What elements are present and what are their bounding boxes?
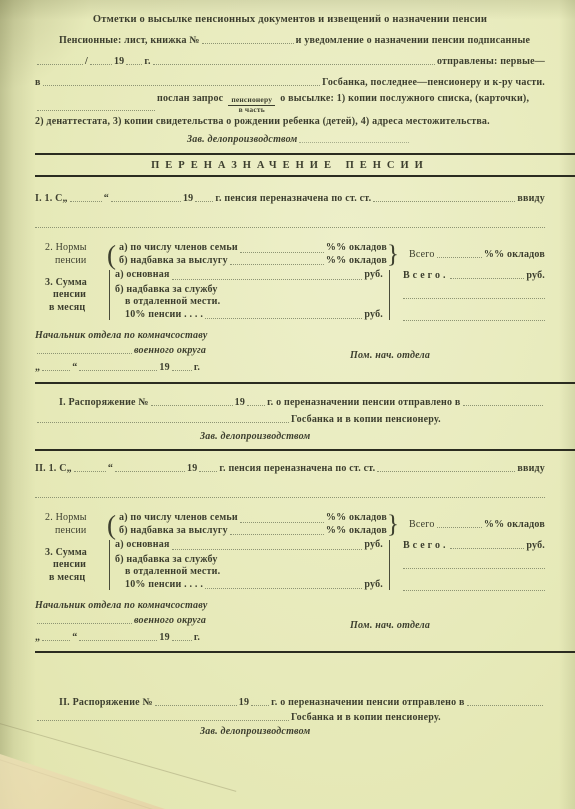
pension-documents-line: Пенсионные: лист, книжка № и уведомление… bbox=[35, 35, 545, 46]
norms-b-label: б) надбавка за выслугу bbox=[119, 255, 228, 268]
clerk-label: Зав. делопроизводством bbox=[200, 726, 310, 737]
norms-fields: а) по числу членов семьи %% окладов б) н… bbox=[119, 512, 387, 537]
blank-day bbox=[42, 638, 70, 641]
norms-row: 2. Нормы пенсии ( а) по числу членов сем… bbox=[35, 512, 545, 537]
year-prefix: 19 bbox=[235, 397, 245, 408]
sum-b-line1: б) надбавка за службу bbox=[115, 284, 218, 297]
gosbank-copy-label: Госбанка и в копии пенсионеру. bbox=[291, 414, 441, 425]
signature-date-line: „ “ 19 г. bbox=[35, 632, 545, 643]
blank-basic-rub bbox=[172, 277, 363, 280]
item-number: I. 1. bbox=[35, 193, 52, 204]
chief-title-line: Начальник отдела по комначсоставу bbox=[35, 600, 545, 611]
year-suffix: г. bbox=[219, 463, 225, 474]
signature-date-line: „ “ 19 г. bbox=[35, 362, 545, 373]
year-prefix: 19 bbox=[159, 632, 169, 643]
sum-a-unit: руб. bbox=[364, 539, 383, 552]
norms-a-label: а) по числу членов семьи bbox=[119, 512, 238, 525]
blank-day bbox=[37, 62, 83, 65]
pension-line-post: и уведомление о назначении пенсии подпис… bbox=[296, 35, 530, 46]
gosbank-line: в Госбанка, последнее—пенсионеру и к-ру … bbox=[35, 77, 545, 88]
norms-b-unit: %% окладов bbox=[326, 525, 387, 538]
year-suffix: г. bbox=[144, 56, 150, 67]
blank-percent-b bbox=[230, 532, 324, 535]
quote-open: „ bbox=[67, 463, 72, 474]
blank-percent-b bbox=[230, 262, 324, 265]
sum-a-unit: руб. bbox=[364, 269, 383, 282]
sum-total: Всего. руб. bbox=[397, 269, 545, 321]
section-divider bbox=[35, 651, 575, 653]
date-sent-line: / 19 г. отправлены: первые— bbox=[35, 56, 545, 67]
year-prefix: 19 bbox=[159, 362, 169, 373]
norms-item-b: б) надбавка за выслугу %% окладов bbox=[119, 255, 387, 268]
blank-total-rub bbox=[450, 276, 524, 279]
district-line: военного округа bbox=[35, 345, 545, 356]
request-pre: послан запрос bbox=[157, 93, 223, 104]
blank-total-extra2 bbox=[403, 311, 545, 321]
district-line: военного округа bbox=[35, 615, 545, 626]
paper-fold-corner bbox=[0, 754, 165, 809]
group-line bbox=[109, 270, 111, 320]
blank-articles bbox=[377, 469, 515, 472]
left-brace: ( bbox=[107, 513, 119, 537]
blank-month bbox=[79, 638, 157, 641]
norms-a-unit: %% окладов bbox=[326, 512, 387, 525]
paper-crease bbox=[0, 758, 162, 809]
right-brace: } bbox=[387, 512, 403, 537]
blank-month bbox=[115, 469, 185, 472]
sum-item-a: а) основная руб. bbox=[115, 539, 383, 552]
dispatch-line-1: I. Распоряжение № 19 г. о переназначении… bbox=[35, 397, 545, 408]
blank-year bbox=[172, 368, 192, 371]
blank-basic-rub bbox=[172, 547, 363, 550]
blank-year bbox=[172, 638, 192, 641]
sum-b-line2: в отдаленной мести. bbox=[125, 566, 220, 579]
clerk-label: Зав. делопроизводством bbox=[187, 134, 297, 145]
blank-destination bbox=[463, 403, 543, 406]
norms-fields: а) по числу членов семьи %% окладов б) н… bbox=[119, 242, 387, 267]
chief-title: Начальник отдела по комначсоставу bbox=[35, 600, 208, 611]
blank-reason-line bbox=[35, 488, 545, 498]
norms-label-line1: 2. Нормы bbox=[35, 242, 107, 255]
right-brace: } bbox=[387, 242, 403, 267]
blank-request-date bbox=[37, 108, 155, 111]
dispatch-number: II. bbox=[59, 697, 70, 708]
quote-close: “ bbox=[72, 362, 77, 373]
dispatch-label: Распоряжение № bbox=[69, 397, 149, 408]
year-prefix: 19 bbox=[187, 463, 197, 474]
sum-label-line1: 3. Сумма bbox=[35, 277, 107, 290]
blank-order-number bbox=[155, 703, 237, 706]
reassignment-line-2: II. 1. С „ “ 19 г. пенсия переназначена … bbox=[35, 463, 545, 474]
item-number: II. 1. bbox=[35, 463, 56, 474]
sum-total-unit: руб. bbox=[526, 270, 545, 281]
year-suffix: г. bbox=[215, 193, 221, 204]
chief-signature-block: Начальник отдела по комначсоставу военно… bbox=[35, 330, 545, 373]
district-label: военного округа bbox=[134, 345, 206, 356]
gosbank-label: Госбанка, последнее—пенсионеру и к-ру ча… bbox=[322, 77, 545, 88]
total-separator-line bbox=[389, 540, 391, 590]
norms-label: 2. Нормы пенсии bbox=[35, 512, 107, 537]
blank-branch bbox=[37, 718, 289, 721]
sum-fields: а) основная руб. б) надбавка за службу в… bbox=[115, 269, 383, 321]
sum-a-label: а) основная bbox=[115, 539, 170, 552]
blank-gosbank-branch bbox=[43, 83, 321, 86]
blank-total-rub bbox=[450, 546, 524, 549]
year-prefix: 19 bbox=[114, 56, 124, 67]
sum-total-label: Всего. bbox=[403, 270, 448, 281]
sum-b-line2: в отдаленной мести. bbox=[125, 296, 220, 309]
norms-item-a: а) по числу членов семьи %% окладов bbox=[119, 512, 387, 525]
section-divider bbox=[35, 175, 575, 177]
blank-percent-a bbox=[240, 250, 324, 253]
blank-day bbox=[74, 469, 106, 472]
norms-total-unit: %% окладов bbox=[484, 519, 545, 530]
attestation-line: 2) денаттестата, 3) копии свидетельства … bbox=[35, 116, 545, 127]
section-title: ПЕРЕНАЗНАЧЕНИЕ ПЕНСИИ bbox=[35, 160, 545, 171]
pensioner-or-unit-fraction: пенсионеру в часть bbox=[228, 96, 275, 114]
blank-reason-line bbox=[35, 218, 545, 228]
blank-year bbox=[126, 62, 142, 65]
blank-book-number bbox=[202, 41, 294, 44]
quote-close: “ bbox=[72, 632, 77, 643]
form-header-title: Отметки о высылке пенсионных документов … bbox=[35, 14, 545, 25]
norms-total-label: Всего bbox=[409, 519, 435, 530]
blank-branch bbox=[37, 420, 289, 423]
sum-label-line2: пенсии bbox=[35, 289, 107, 302]
sum-item-b: б) надбавка за службу в отдаленной мести… bbox=[115, 284, 383, 322]
clerk-signature-line: Зав. делопроизводством bbox=[35, 726, 545, 737]
sum-label-line2: пенсии bbox=[35, 559, 107, 572]
quote-open: „ bbox=[63, 193, 68, 204]
blank-bonus-rub bbox=[205, 316, 362, 319]
attestation-text: 2) денаттестата, 3) копии свидетельства … bbox=[35, 116, 490, 127]
sum-label-line3: в месяц bbox=[35, 572, 107, 585]
sum-b-unit: руб. bbox=[364, 309, 383, 322]
gosbank-copy-label: Госбанка и в копии пенсионеру. bbox=[291, 712, 441, 723]
blank-day bbox=[70, 199, 102, 202]
blank-addressee bbox=[153, 62, 435, 65]
reassigned-text: пенсия переназначена по ст. ст. bbox=[224, 193, 371, 204]
norms-item-a: а) по числу членов семьи %% окладов bbox=[119, 242, 387, 255]
group-line bbox=[109, 540, 111, 590]
dispatch-number: I. bbox=[59, 397, 66, 408]
scanned-pension-form: Отметки о высылке пенсионных документов … bbox=[0, 0, 575, 809]
norms-label: 2. Нормы пенсии bbox=[35, 242, 107, 267]
sum-label: 3. Сумма пенсии в месяц bbox=[35, 277, 107, 315]
vvidu-label: ввиду bbox=[517, 463, 545, 474]
fraction-bottom: в часть bbox=[239, 106, 265, 115]
blank-year bbox=[251, 703, 269, 706]
district-label: военного округа bbox=[134, 615, 206, 626]
blank-articles bbox=[373, 199, 515, 202]
blank-district bbox=[37, 621, 132, 624]
sum-item-b: б) надбавка за службу в отдаленной мести… bbox=[115, 554, 383, 592]
blank-destination bbox=[467, 703, 543, 706]
sum-row: 3. Сумма пенсии в месяц а) основная руб.… bbox=[35, 539, 545, 591]
request-post: о высылке: 1) копии послужного списка, (… bbox=[280, 93, 529, 104]
norms-table: 2. Нормы пенсии ( а) по числу членов сем… bbox=[35, 512, 545, 591]
assistant-title: Пом. нач. отдела bbox=[350, 350, 430, 361]
norms-row: 2. Нормы пенсии ( а) по числу членов сем… bbox=[35, 242, 545, 267]
reassigned-text: пенсия переназначена по ст. ст. bbox=[228, 463, 375, 474]
clerk-signature-line: Зав. делопроизводством bbox=[35, 134, 545, 145]
norms-label-line1: 2. Нормы bbox=[35, 512, 107, 525]
dispatch-line-2: II. Распоряжение № 19 г. о переназначени… bbox=[35, 697, 545, 708]
blank-total-percent bbox=[437, 255, 482, 258]
from-label: С bbox=[55, 193, 62, 204]
chief-title: Начальник отдела по комначсоставу bbox=[35, 330, 208, 341]
quote-open: „ bbox=[35, 632, 40, 643]
dispatch-gosbank-line: Госбанка и в копии пенсионеру. bbox=[35, 712, 545, 723]
pension-line-pre: Пенсионные: лист, книжка № bbox=[59, 35, 200, 46]
norms-b-label: б) надбавка за выслугу bbox=[119, 525, 228, 538]
norms-b-unit: %% окладов bbox=[326, 255, 387, 268]
request-line: послан запрос пенсионеру в часть о высыл… bbox=[35, 93, 545, 113]
in-label: в bbox=[35, 77, 41, 88]
blank-month bbox=[79, 368, 157, 371]
sum-item-a: а) основная руб. bbox=[115, 269, 383, 282]
year-suffix: г. bbox=[194, 362, 200, 373]
dispatch-label: Распоряжение № bbox=[73, 697, 153, 708]
norms-item-b: б) надбавка за выслугу %% окладов bbox=[119, 525, 387, 538]
sum-label-line3: в месяц bbox=[35, 302, 107, 315]
clerk-signature-line: Зав. делопроизводством bbox=[35, 431, 545, 442]
left-brace: ( bbox=[107, 243, 119, 267]
norms-label-line2: пенсии bbox=[35, 525, 107, 538]
norms-label-line2: пенсии bbox=[35, 255, 107, 268]
sum-label: 3. Сумма пенсии в месяц bbox=[35, 547, 107, 585]
blank-district bbox=[37, 351, 132, 354]
blank-year bbox=[247, 403, 265, 406]
vvidu-label: ввиду bbox=[517, 193, 545, 204]
reassignment-line-1: I. 1. С „ “ 19 г. пенсия переназначена п… bbox=[35, 193, 545, 204]
sum-total: Всего. руб. bbox=[397, 539, 545, 591]
blank-total-extra1 bbox=[403, 289, 545, 299]
sum-fields: а) основная руб. б) надбавка за службу в… bbox=[115, 539, 383, 591]
blank-total-percent bbox=[437, 525, 482, 528]
blank-clerk-signature bbox=[299, 140, 409, 143]
blank-day bbox=[42, 368, 70, 371]
norms-total-label: Всего bbox=[409, 249, 435, 260]
clerk-label: Зав. делопроизводством bbox=[200, 431, 310, 442]
blank-total-extra1 bbox=[403, 559, 545, 569]
blank-order-number bbox=[151, 403, 233, 406]
blank-bonus-rub bbox=[205, 586, 362, 589]
norms-total: Всего %% окладов bbox=[403, 512, 545, 537]
blank-year bbox=[195, 199, 213, 202]
dispatch-gosbank-line: Госбанка и в копии пенсионеру. bbox=[35, 414, 545, 425]
quote-close: “ bbox=[104, 193, 109, 204]
quote-close: “ bbox=[108, 463, 113, 474]
slash-mark: / bbox=[85, 56, 88, 67]
quote-open: „ bbox=[35, 362, 40, 373]
assistant-title: Пом. нач. отдела bbox=[350, 620, 430, 631]
blank-percent-a bbox=[240, 520, 324, 523]
sum-label-line1: 3. Сумма bbox=[35, 547, 107, 560]
year-suffix: г. bbox=[267, 397, 273, 408]
chief-title-line: Начальник отдела по комначсоставу bbox=[35, 330, 545, 341]
section-divider bbox=[35, 382, 575, 384]
sum-row: 3. Сумма пенсии в месяц а) основная руб.… bbox=[35, 269, 545, 321]
blank-total-extra2 bbox=[403, 581, 545, 591]
blank-month bbox=[90, 62, 112, 65]
norms-a-unit: %% окладов bbox=[326, 242, 387, 255]
year-prefix: 19 bbox=[183, 193, 193, 204]
sum-total-unit: руб. bbox=[526, 540, 545, 551]
norms-total: Всего %% окладов bbox=[403, 242, 545, 267]
section-divider bbox=[35, 153, 575, 155]
total-separator-line bbox=[389, 270, 391, 320]
sum-b-line3: 10% пенсии . . . . bbox=[125, 309, 203, 322]
chief-signature-block: Начальник отдела по комначсоставу военно… bbox=[35, 600, 545, 643]
sum-a-label: а) основная bbox=[115, 269, 170, 282]
blank-month bbox=[111, 199, 181, 202]
year-prefix: 19 bbox=[239, 697, 249, 708]
norms-a-label: а) по числу членов семьи bbox=[119, 242, 238, 255]
norms-total-unit: %% окладов bbox=[484, 249, 545, 260]
blank-year bbox=[199, 469, 217, 472]
norms-table: 2. Нормы пенсии ( а) по числу членов сем… bbox=[35, 242, 545, 321]
from-label: С bbox=[59, 463, 66, 474]
year-suffix: г. bbox=[271, 697, 277, 708]
dispatch-text: о переназначении пенсии отправлено в bbox=[276, 397, 460, 408]
dispatch-text: о переназначении пенсии отправлено в bbox=[280, 697, 464, 708]
section-divider bbox=[35, 449, 575, 451]
sum-b-line1: б) надбавка за службу bbox=[115, 554, 218, 567]
year-suffix: г. bbox=[194, 632, 200, 643]
sum-total-label: Всего. bbox=[403, 540, 448, 551]
sum-b-line3: 10% пенсии . . . . bbox=[125, 579, 203, 592]
sum-b-unit: руб. bbox=[364, 579, 383, 592]
sent-first-label: отправлены: первые— bbox=[437, 56, 545, 67]
